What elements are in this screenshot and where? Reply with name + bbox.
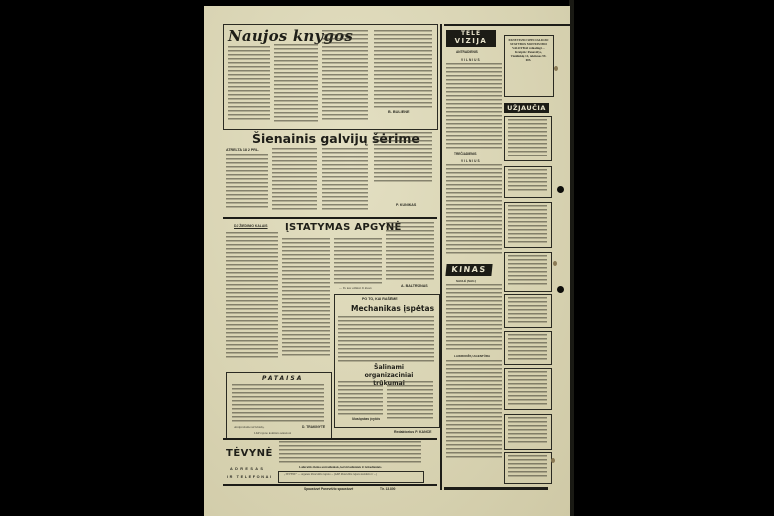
istatymas-title: ĮSTATYMAS APGYNĖ: [285, 222, 402, 233]
sienainis-col-3: [322, 148, 368, 210]
masthead-title: TĖVYNĖ: [226, 448, 273, 459]
po-to-kicker: PO TO, KAI RAŠĖME: [362, 297, 398, 301]
istatymas-col-3: [334, 238, 382, 284]
job-notice: PANEVĖŽIO SPECIALIOJO STATYBOS MONTAVIMO…: [508, 39, 549, 93]
masthead-sub-1: ADRESAS: [230, 467, 265, 471]
section-rule: [223, 217, 437, 219]
po-to-title-1: Mechanikas įspėtas: [351, 304, 434, 313]
pataisa-text: [232, 384, 324, 424]
condolence-text-8: Ulbios dukteris ... SAKUTOVIČIUS ...: [508, 417, 547, 445]
circulation: Tir. 13.800: [380, 487, 395, 491]
paper-stain-1: [554, 66, 558, 71]
footer-rule-top: [223, 438, 437, 440]
editor-signature: Redaktorius P. KANCE: [394, 430, 431, 434]
column-divider: [440, 24, 442, 490]
tv-header-line-2: VIZIJA: [446, 37, 496, 46]
footer-rule-bottom: [223, 484, 437, 486]
kinas-sub: SAULĖ (SAU.): [456, 279, 476, 283]
punch-hole-1: [557, 186, 564, 193]
tv-top-rule: [444, 24, 570, 26]
kinas-header: KINAS: [445, 264, 492, 276]
naujos-knygos-col-1: [228, 46, 270, 122]
condolence-text-9: [508, 455, 547, 479]
po-to-col-2: [387, 381, 433, 421]
sienainis-col-1: [226, 154, 268, 210]
istatymas-kicker: DJ ŽIEDINIO KALAIS: [234, 224, 268, 228]
condolence-text-2: DO Kaulo SPARKENI ... Pagiriai šeimai ..…: [508, 169, 547, 193]
condolence-text-7: ... Kazį LILIUSKIE ...: [508, 371, 547, 405]
sienainis-col-2: [272, 148, 317, 210]
po-to-signature: Nusiųstas įvykis: [352, 417, 380, 421]
uzjaucia-header: UŽJAUČIA: [504, 103, 549, 113]
right-bottom-rule: [444, 487, 548, 490]
tv-sub-1: VILNIUS: [461, 58, 481, 62]
kinas-list-2: [446, 360, 502, 458]
address-text: [279, 441, 421, 463]
naujos-knygos-signature: B. BULIENE: [388, 110, 410, 114]
address-note: Laikraštis išeina antradieniais, ketvirt…: [299, 465, 382, 469]
printer-info: Spaustuvė Panevėžio spaustuvė: [304, 487, 353, 491]
pataisa-closing: Atsiprašome už klaidą.: [234, 425, 264, 429]
pataisa-signature: D. TRAKINYTĖ: [302, 425, 325, 429]
sienainis-dateline: ATRELTA 18 2 PRL.: [226, 148, 259, 152]
tv-schedule-1: [446, 63, 502, 151]
tv-header: TELE VIZIJA: [446, 30, 496, 47]
naujos-knygos-col-2: [274, 44, 318, 122]
publisher-note: „TĖVYNĖ“ — organas Panevėžio rajono ... …: [284, 473, 418, 476]
tv-day-1: ANTRADIENIS: [456, 50, 478, 54]
condolence-text-1: Kaupiamųjų apylinkės ... Onos AKSONYTYTĖ…: [508, 119, 547, 156]
po-to-text-1: [338, 316, 434, 362]
newspaper-page: Naujos knygos B. BULIENE Šienainis galvi…: [204, 6, 570, 516]
tv-schedule-2: [446, 164, 502, 256]
istatymas-footnote: — Tu kas aiškiai ši kiaus: [339, 286, 372, 290]
naujos-knygos-col-3: [322, 30, 368, 122]
istatymas-col-1: [226, 232, 278, 358]
condolence-text-3: Naujininkai ... Juozo VAI. ... Kauno ...: [508, 205, 547, 243]
po-to-col-1: [338, 381, 383, 415]
punch-hole-2: [557, 286, 564, 293]
tv-day-2: TREČIADIENIS: [454, 152, 477, 156]
sienainis-signature: P. KUNIKAS: [396, 203, 416, 207]
istatymas-signature: A. BALTRŪNAS: [401, 284, 428, 288]
naujos-knygos-col-4: [374, 30, 432, 108]
paper-stain-3: [551, 458, 555, 463]
masthead-sub-2: IR TELEFONAI: [227, 475, 273, 479]
istatymas-col-2: [282, 238, 330, 358]
tv-sub-2: VILNIUS: [461, 159, 481, 163]
kinas-list: [446, 284, 502, 352]
condolence-text-5: ... JAKUBERSKIS ...: [508, 297, 547, 323]
istatymas-col-4: [386, 222, 434, 282]
kinas-sub-2: LAIKRODŽIŲ AGENTŪRA: [454, 354, 490, 358]
paper-stain-2: [553, 261, 557, 266]
pataisa-note: LKP rajono komiteto sekretorė: [254, 431, 291, 435]
sienainis-col-4: [374, 132, 432, 182]
tv-header-line-1: TELE: [446, 30, 496, 37]
pataisa-title: PATAISA: [262, 375, 303, 382]
condolence-text-6: Onutei LUKAVIČIŪTEI ...: [508, 334, 547, 360]
condolence-text-4: Naujininkų ... Juozas VAL. ...: [508, 255, 547, 287]
